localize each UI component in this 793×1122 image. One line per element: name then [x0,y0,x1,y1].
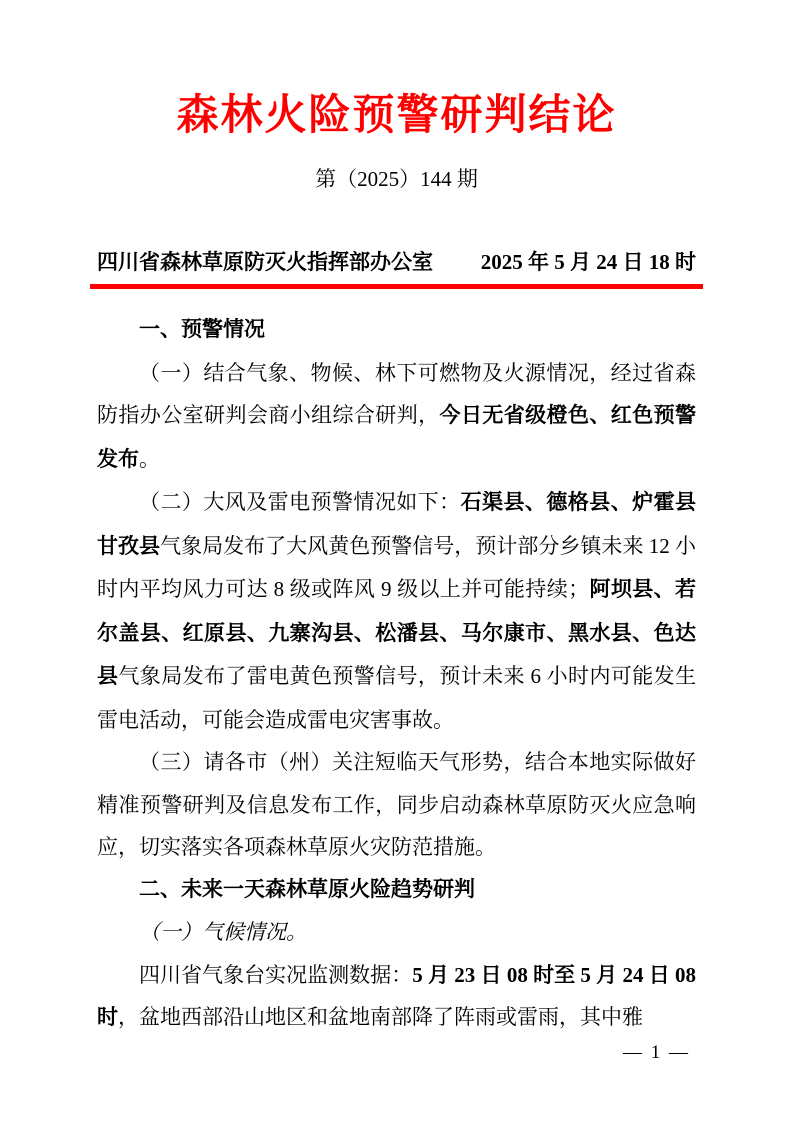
para-city-notice: （三）请各市（州）关注短临天气形势，结合本地实际做好精准预警研判及信息发布工作，… [97,741,696,869]
text-segment: 四川省气象台实况监测数据： [139,963,412,987]
red-separator [90,284,703,289]
text-segment: （二）大风及雷电预警情况如下： [139,490,461,514]
para-comprehensive-judgment: （一）结合气象、物候、林下可燃物及火源情况，经过省森防指办公室研判会商小组综合研… [97,352,696,482]
document-meta: 四川省森林草原防灭火指挥部办公室 2025 年 5 月 24 日 18 时 [97,248,696,276]
text-segment: 气象局发布了雷电黄色预警信号，预计未来 6 小时内可能发生雷电活动，可能会造成雷… [97,664,696,732]
document-body: 一、预警情况 （一）结合气象、物候、林下可燃物及火源情况，经过省森防指办公室研判… [97,309,696,1039]
document-title: 森林火险预警研判结论 [97,92,696,140]
text-segment: ，盆地西部沿山地区和盆地南部降了阵雨或雷雨，其中雅 [118,1005,643,1029]
heading-warning-situation: 一、预警情况 [97,309,696,352]
page-number: — 1 — [623,1042,690,1064]
text-segment: 。 [139,447,160,471]
issuing-org: 四川省森林草原防灭火指挥部办公室 [97,248,433,276]
document-page: 森林火险预警研判结论 第（2025）144 期 四川省森林草原防灭火指挥部办公室… [0,0,793,1122]
subheading-climate-situation: （一）气候情况。 [97,911,696,954]
para-weather-monitoring: 四川省气象台实况监测数据：5 月 23 日 08 时至 5 月 24 日 08 … [97,954,696,1039]
heading-fire-risk-trend: 二、未来一天森林草原火险趋势研判 [97,869,696,912]
issue-number: 第（2025）144 期 [97,166,696,192]
issue-datetime: 2025 年 5 月 24 日 18 时 [481,248,696,276]
para-wind-lightning-warning: （二）大风及雷电预警情况如下：石渠县、德格县、炉霍县甘孜县气象局发布了大风黄色预… [97,481,696,741]
